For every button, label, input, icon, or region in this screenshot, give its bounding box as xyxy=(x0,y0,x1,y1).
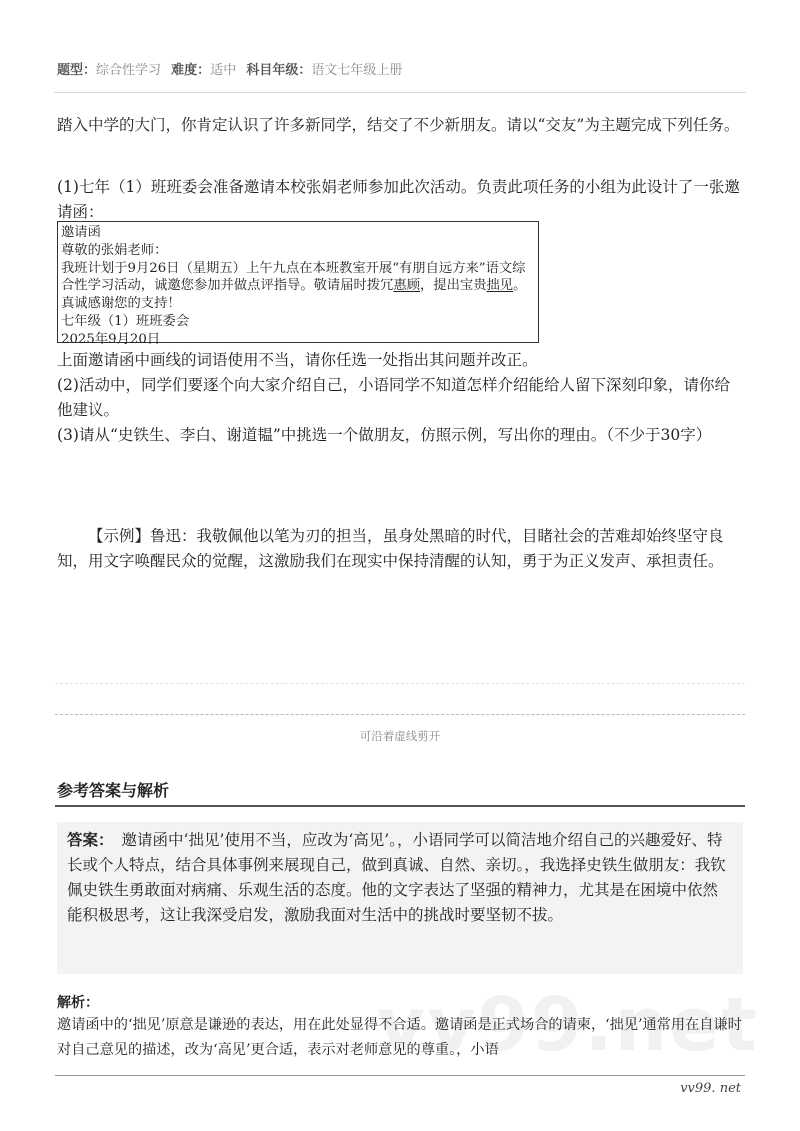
analysis-label: 解析： xyxy=(57,992,99,1012)
difficulty-label: 难度： xyxy=(171,63,210,78)
footer-brand: vv99. net xyxy=(680,1081,741,1096)
cut-line xyxy=(55,714,745,715)
letter-body-part2: ，提出宝贵 xyxy=(420,278,486,293)
letter-signature: 七年级（1）班班委会 xyxy=(61,313,535,331)
letter-date: 2025年9月20日 xyxy=(61,331,535,349)
footer-divider xyxy=(55,1075,745,1076)
subject-label: 科目年级： xyxy=(246,63,311,78)
example-tag: 【示例】 xyxy=(88,527,150,545)
cut-line-light xyxy=(55,683,745,684)
question-1: (1)七年（1）班班委会准备邀请本校张娟老师参加此次活动。负责此项任务的小组为此… xyxy=(57,175,743,225)
subject-value: 语文七年级上册 xyxy=(311,63,402,78)
answer-section-title: 参考答案与解析 xyxy=(57,778,169,801)
question-intro: 踏入中学的大门，你肯定认识了许多新同学，结交了不少新朋友。请以“交友”为主题完成… xyxy=(57,113,743,138)
answer-box: 答案：邀请函中‘拙见’使用不当，应改为‘高见’。，小语同学可以简洁地介绍自己的兴… xyxy=(57,822,743,974)
underlined-word-huigu: 惠顾 xyxy=(393,278,420,293)
difficulty-value: 适中 xyxy=(210,63,236,78)
letter-title: 邀请函 xyxy=(61,224,535,242)
answer-label: 答案： xyxy=(67,831,114,849)
example-text: 鲁迅：我敬佩他以笔为刃的担当，虽身处黑暗的时代，目睹社会的苦难却始终坚守良知，用… xyxy=(57,527,724,570)
meta-divider xyxy=(54,92,746,93)
letter-salutation: 尊敬的张娟老师： xyxy=(61,242,535,260)
letter-body: 我班计划于9月26日（星期五）上午九点在本班教室开展“有朋自远方来”语文综合性学… xyxy=(61,260,535,313)
underlined-word-zhuojian: 拙见 xyxy=(487,278,514,293)
question-2: (2)活动中，同学们要逐个向大家介绍自己，小语同学不知道怎样介绍能给人留下深刻印… xyxy=(57,373,743,423)
type-label: 题型： xyxy=(57,63,96,78)
cut-note: 可沿着虚线剪开 xyxy=(57,728,743,744)
answer-section-divider xyxy=(55,805,745,807)
question-3: (3)请从“史铁生、李白、谢道韫”中挑选一个做朋友，仿照示例，写出你的理由。（不… xyxy=(57,423,743,448)
type-value: 综合性学习 xyxy=(96,63,161,78)
question-meta: 题型：综合性学习 难度：适中 科目年级：语文七年级上册 xyxy=(57,62,408,80)
invitation-letter-box: 邀请函 尊敬的张娟老师： 我班计划于9月26日（星期五）上午九点在本班教室开展“… xyxy=(57,221,539,343)
example-paragraph: 【示例】鲁迅：我敬佩他以笔为刃的担当，虽身处黑暗的时代，目睹社会的苦难却始终坚守… xyxy=(57,524,743,574)
answer-text: 邀请函中‘拙见’使用不当，应改为‘高见’。，小语同学可以简洁地介绍自己的兴趣爱好… xyxy=(67,831,726,924)
analysis-text: 邀请函中的‘拙见’原意是谦逊的表达，用在此处显得不合适。邀请函是正式场合的请柬，… xyxy=(57,1013,743,1063)
question-1-task: 上面邀请函中画线的词语使用不当，请你任选一处指出其问题并改正。 xyxy=(57,348,743,373)
